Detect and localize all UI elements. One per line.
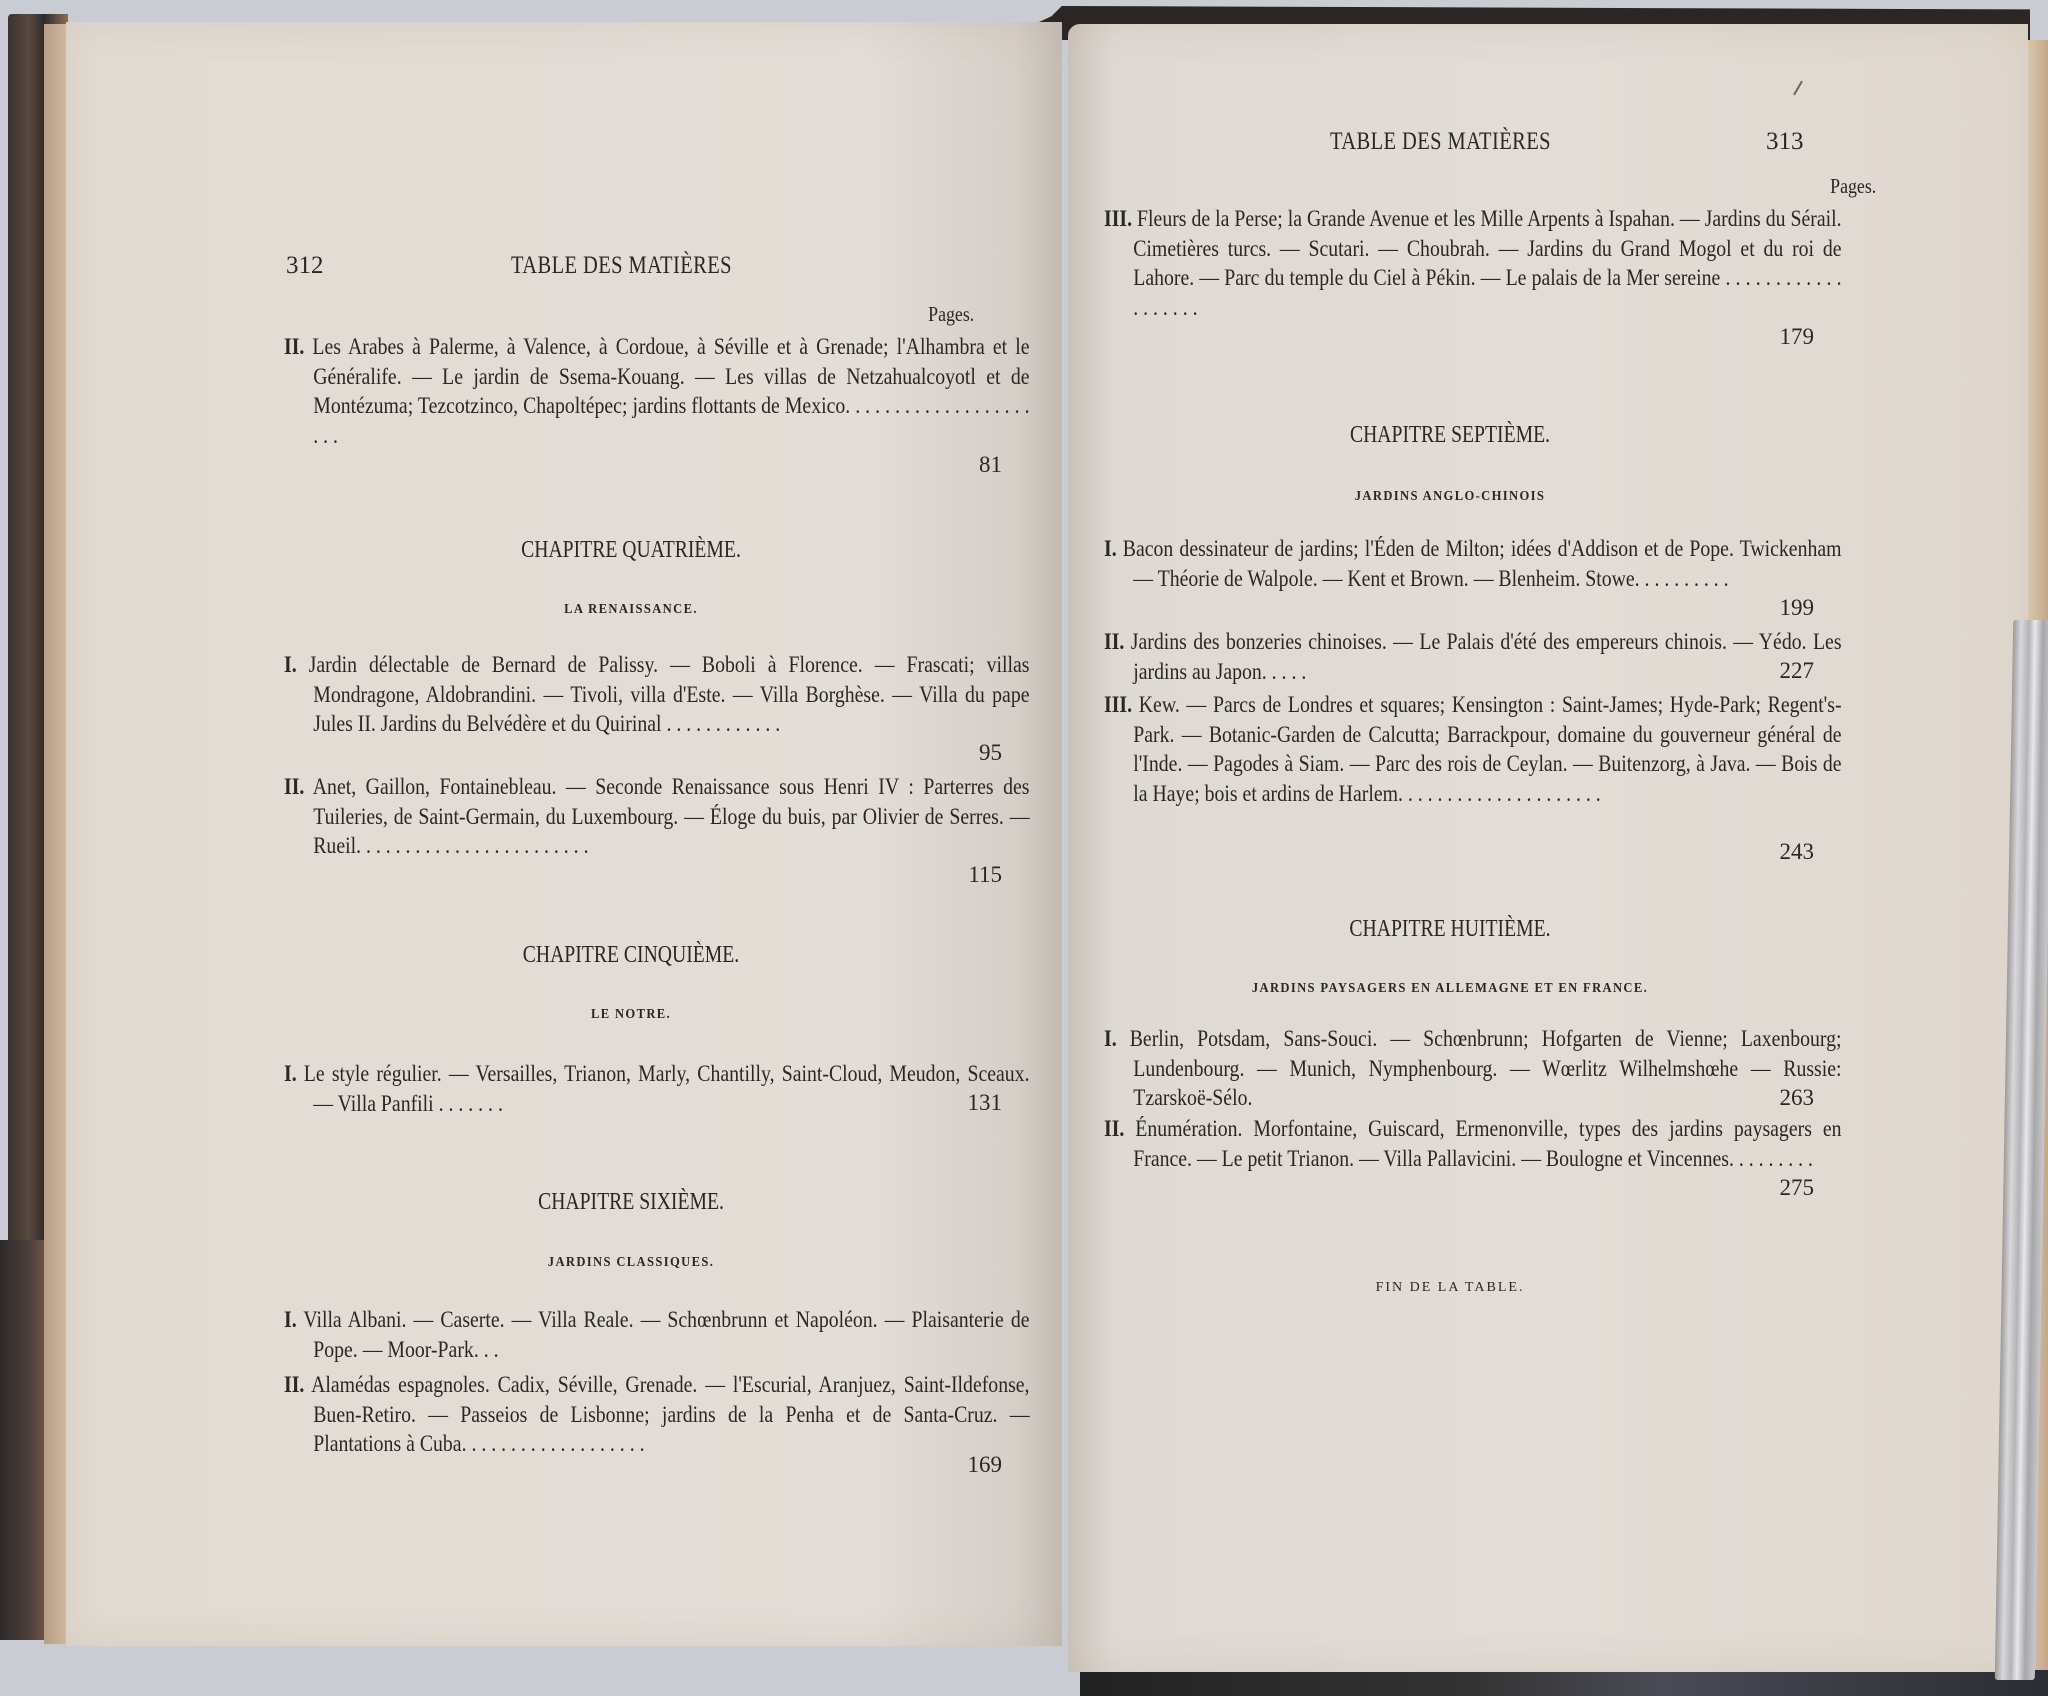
entry-page-number: 81 — [979, 450, 1002, 480]
entry-page-number: 179 — [1780, 322, 1815, 352]
toc-entry[interactable]: I. Le style régulier. — Versailles, Tria… — [284, 1059, 1002, 1118]
entry-text: Le style régulier. — Versailles, Trianon… — [304, 1061, 1030, 1116]
toc-entry[interactable]: III. Kew. — Parcs de Londres et squares;… — [1104, 690, 1814, 808]
entry-numeral: II. — [284, 1372, 304, 1397]
chapter-title: CHAPITRE SEPTIÈME. — [1350, 422, 1550, 449]
end-of-table-note: FIN DE LA TABLE. — [1376, 1280, 1525, 1296]
toc-entry[interactable]: II. Les Arabes à Palerme, à Valence, à C… — [284, 332, 1002, 450]
toc-entry[interactable]: II. Anet, Gaillon, Fontainebleau. — Seco… — [284, 772, 1002, 861]
entry-page-number: 243 — [1780, 837, 1815, 867]
toc-entry[interactable]: I. Berlin, Potsdam, Sans-Souci. — Schœnb… — [1104, 1024, 1814, 1113]
right-page: TABLE DES MATIÈRES 313 Pages. III. Fleur… — [1068, 24, 2028, 1672]
toc-entry[interactable]: III. Fleurs de la Perse; la Grande Avenu… — [1104, 204, 1814, 322]
entry-numeral: II. — [284, 334, 304, 359]
entry-numeral: I. — [284, 1307, 297, 1332]
entry-text: Anet, Gaillon, Fontainebleau. — Seconde … — [313, 774, 1030, 858]
entry-numeral: III. — [1104, 692, 1132, 717]
entry-page-number: 115 — [968, 860, 1002, 890]
page-number: 312 — [286, 252, 324, 280]
pages-column-label: Pages. — [928, 302, 974, 327]
chapter-title: CHAPITRE HUITIÈME. — [1349, 916, 1550, 943]
chapter-subtitle: LA RENAISSANCE. — [564, 602, 698, 618]
chapter-subtitle: JARDINS CLASSIQUES. — [548, 1255, 714, 1271]
entry-numeral: I. — [1104, 536, 1117, 561]
chapter-subtitle: JARDINS PAYSAGERS EN ALLEMAGNE ET EN FRA… — [1252, 981, 1648, 997]
page-number: 313 — [1766, 128, 1804, 156]
chapter-title: CHAPITRE SIXIÈME. — [538, 1189, 724, 1216]
entry-page-number: 263 — [1780, 1083, 1815, 1113]
entry-text: Jardins des bonzeries chinoises. — Le Pa… — [1131, 629, 1842, 684]
entry-numeral: III. — [1104, 206, 1132, 231]
chapter-title: CHAPITRE QUATRIÈME. — [521, 537, 741, 564]
entry-text: Alamédas espagnoles. Cadix, Séville, Gre… — [311, 1372, 1029, 1456]
toc-entry[interactable]: I. Villa Albani. — Caserte. — Villa Real… — [284, 1305, 1002, 1364]
entry-numeral: I. — [1104, 1026, 1117, 1051]
entry-numeral: II. — [1104, 629, 1124, 654]
page-block-edge-left — [44, 24, 66, 1644]
entry-page-number: 275 — [1780, 1173, 1815, 1203]
entry-text: Fleurs de la Perse; la Grande Avenue et … — [1133, 206, 1841, 320]
entry-text: Kew. — Parcs de Londres et squares; Kens… — [1133, 692, 1841, 806]
toc-entry[interactable]: I. Jardin délectable de Bernard de Palis… — [284, 650, 1002, 739]
entry-numeral: II. — [1104, 1116, 1124, 1141]
entry-page-number: 227 — [1780, 656, 1815, 686]
pages-column-label: Pages. — [1830, 174, 1876, 199]
entry-text: Les Arabes à Palerme, à Valence, à Cordo… — [312, 334, 1029, 448]
entry-text: Berlin, Potsdam, Sans-Souci. — Schœnbrun… — [1130, 1026, 1842, 1110]
entry-numeral: I. — [284, 652, 297, 677]
running-head: TABLE DES MATIÈRES — [511, 252, 732, 280]
entry-text: Villa Albani. — Caserte. — Villa Reale. … — [303, 1307, 1029, 1362]
entry-page-number: 131 — [968, 1088, 1003, 1118]
toc-entry[interactable]: II. Jardins des bonzeries chinoises. — L… — [1104, 627, 1814, 686]
chapter-subtitle: LE NOTRE. — [591, 1007, 671, 1023]
entry-page-number: 169 — [968, 1450, 1003, 1480]
entry-numeral: I. — [284, 1061, 297, 1086]
entry-page-number: 95 — [979, 738, 1002, 768]
chapter-title: CHAPITRE CINQUIÈME. — [523, 942, 739, 969]
left-page: 312 TABLE DES MATIÈRES Pages. II. Les Ar… — [66, 22, 1062, 1646]
toc-entry[interactable]: I. Bacon dessinateur de jardins; l'Éden … — [1104, 534, 1814, 593]
entry-text: Bacon dessinateur de jardins; l'Éden de … — [1123, 536, 1842, 591]
entry-text: Énumération. Morfontaine, Guiscard, Erme… — [1133, 1116, 1841, 1171]
toc-entry[interactable]: II. Énumération. Morfontaine, Guiscard, … — [1104, 1114, 1814, 1173]
running-head: TABLE DES MATIÈRES — [1330, 128, 1551, 156]
entry-numeral: II. — [284, 774, 304, 799]
toc-entry[interactable]: II. Alamédas espagnoles. Cadix, Séville,… — [284, 1370, 1002, 1459]
chapter-subtitle: JARDINS ANGLO-CHINOIS — [1355, 489, 1545, 505]
entry-page-number: 199 — [1780, 593, 1815, 623]
entry-text: Jardin délectable de Bernard de Palissy.… — [309, 652, 1030, 736]
